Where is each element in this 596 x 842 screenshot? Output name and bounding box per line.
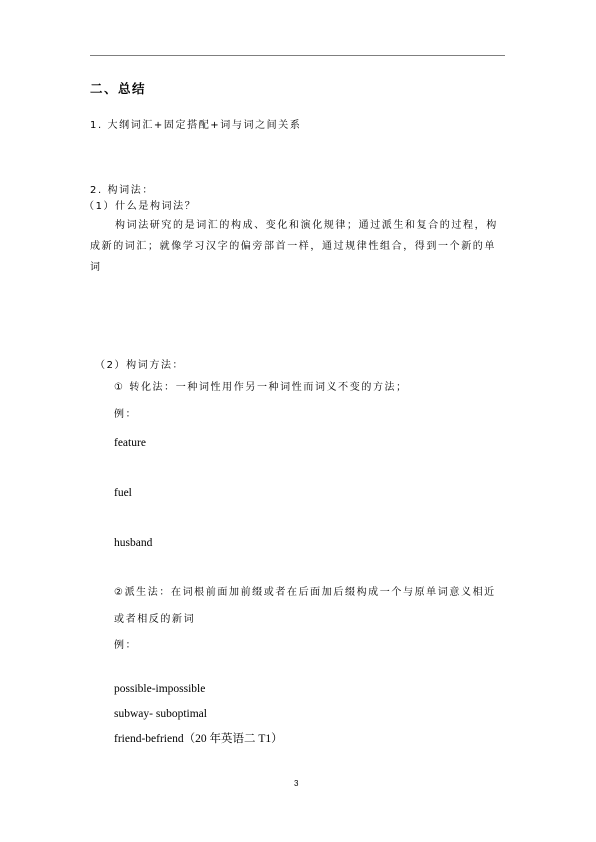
method-2-title-line-2: 或者相反的新词 [114,613,195,627]
document-page: 二、总结 1. 大纲词汇+固定搭配+词与词之间关系 2. 构词法： （1）什么是… [0,0,596,842]
method-2-example-label: 例： [114,639,137,653]
method-1-example-3: husband [114,536,152,550]
method-2-title-line-1: ②派生法：在词根前面加前缀或者在后面加后缀构成一个与原单词意义相近 [114,586,496,600]
paragraph-line-3: 词 [90,261,102,275]
method-1-example-label: 例： [114,408,137,422]
method-1-example-1: feature [114,436,146,450]
paragraph-line-2: 成新的词汇；就像学习汉字的偏旁部首一样，通过规律性组合，得到一个新的单 [90,240,496,254]
method-2-example-3: friend-befriend（20 年英语二 T1） [114,732,283,746]
subsection-2-heading: （2）构词方法： [95,359,184,373]
paragraph-line-1: 构词法研究的是词汇的构成、变化和演化规律；通过派生和复合的过程，构 [115,219,498,233]
item-1: 1. 大纲词汇+固定搭配+词与词之间关系 [90,119,301,133]
method-1-title: ① 转化法：一种词性用作另一种词性而词义不变的方法； [114,381,408,395]
method-1-example-2: fuel [114,486,132,500]
method-2-example-2: subway- suboptimal [114,707,207,721]
header-rule [90,55,505,56]
page-number: 3 [294,779,298,788]
subsection-1-heading: （1）什么是构词法？ [84,200,196,214]
item-2-heading: 2. 构词法： [90,184,154,198]
method-2-example-1: possible-impossible [114,682,205,696]
section-title: 二、总结 [90,82,146,96]
